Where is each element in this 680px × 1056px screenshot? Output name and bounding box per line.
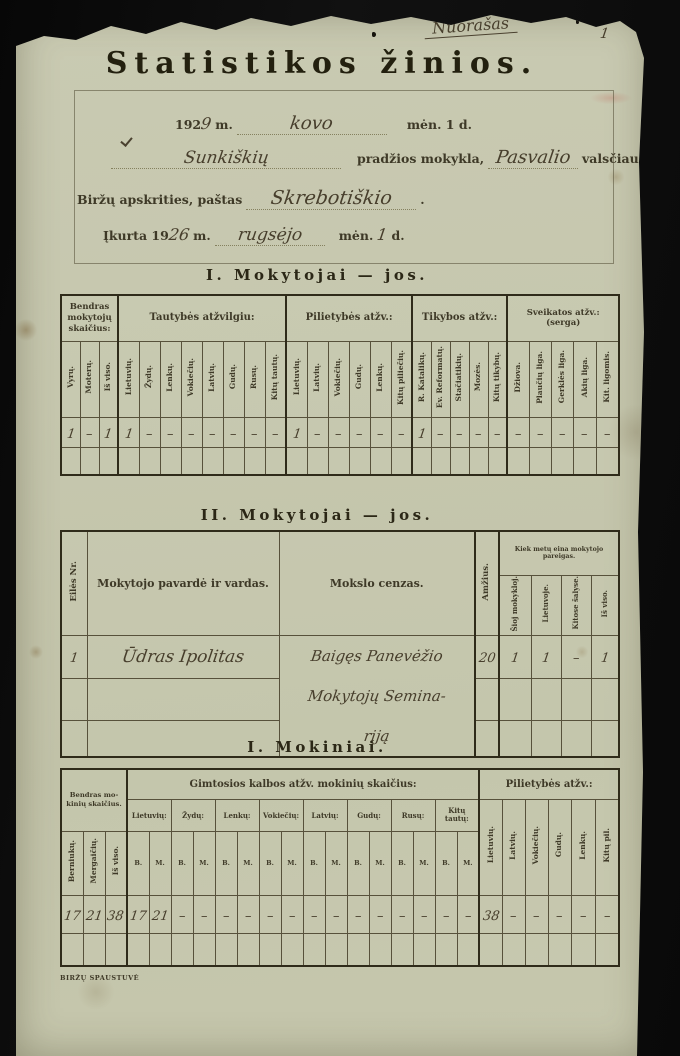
census-line: Baigęs Panevėžio xyxy=(308,636,445,676)
value: – xyxy=(271,427,280,442)
data-row: 17 21 38 17 21 – – – – – – – – – – – – xyxy=(61,895,619,933)
teacher-name: Ūdras Ipolitas xyxy=(121,647,246,667)
empty-cell xyxy=(391,447,412,475)
col-header-label: R. Katalikų. xyxy=(418,352,426,402)
col-header: Džiova. xyxy=(507,341,529,417)
empty-cell xyxy=(118,447,139,475)
col-header-label: Vyrų. xyxy=(67,366,75,388)
data-cell: – xyxy=(457,895,479,933)
col-header-label: Kitų tautų. xyxy=(271,354,279,400)
group-header: Pilietybės atžv.: xyxy=(286,295,412,341)
group-header: Kiek metų eina mokytojo pareigas. xyxy=(499,531,619,575)
col-header-label: Berniukų. xyxy=(68,840,76,882)
col-header: Žydų: xyxy=(171,799,215,831)
empty-cell xyxy=(561,678,591,721)
data-cell: – xyxy=(139,417,160,447)
data-cell: – xyxy=(488,417,507,447)
empty-cell xyxy=(286,447,307,475)
data-cell: – xyxy=(193,895,215,933)
m-label: m. xyxy=(215,117,233,132)
data-cell: 38 xyxy=(105,895,127,933)
col-header: Iš viso. xyxy=(591,575,619,636)
col-header-label: Amžius. xyxy=(482,563,491,601)
col-header: M. xyxy=(413,831,435,895)
column-header-row: Vyrų. Moterų. Iš viso. Lietuvių. Žydų. L… xyxy=(61,341,619,417)
empty-cell xyxy=(479,933,502,966)
value: – xyxy=(355,427,364,442)
col-header-label: Moterų. xyxy=(85,360,93,394)
data-cell: 1 xyxy=(286,417,307,447)
empty-cell xyxy=(223,447,244,475)
data-cell: – xyxy=(328,417,349,447)
col-header-label: Latvių. xyxy=(208,363,216,392)
district-line: Biržų apskrities, paštas Skrebotiškio . xyxy=(77,187,425,210)
value: – xyxy=(200,909,209,924)
col-header: M. xyxy=(193,831,215,895)
group-header: Sveikatos atžv.: (serga) xyxy=(507,295,619,341)
empty-cell xyxy=(369,933,391,966)
col-header: Lenkų. xyxy=(370,341,391,417)
paper-sheet: Nuorašas 1 Statistikos žinios. 1929 m. k… xyxy=(16,12,648,1056)
empty-cell xyxy=(244,447,265,475)
day-label: mėn. 1 d. xyxy=(407,117,472,132)
col-header: B. xyxy=(435,831,457,895)
data-cell: 1 xyxy=(61,636,87,679)
teachers-summary-table: Bendras mokytojų skaičius: Tautybės atžv… xyxy=(60,294,620,476)
col-header: Rusų. xyxy=(244,341,265,417)
census-line: Mokytojų Semina- xyxy=(305,676,449,716)
data-cell: 1 xyxy=(99,417,118,447)
data-cell: – xyxy=(413,895,435,933)
empty-cell xyxy=(202,447,223,475)
col-header: Lenkų: xyxy=(215,799,259,831)
data-cell: – xyxy=(265,417,286,447)
data-cell: – xyxy=(325,895,347,933)
col-header-label: Žydų. xyxy=(145,365,153,388)
col-header-label: Kitose šalyse. xyxy=(572,576,580,630)
col-header: Latvių. xyxy=(502,799,525,895)
col-header: Vokiečių: xyxy=(259,799,303,831)
document-title: Statistikos žinios. xyxy=(16,46,628,81)
col-header: B. xyxy=(303,831,325,895)
empty-cell xyxy=(507,447,529,475)
founded-label: Įkurta 19 xyxy=(103,228,169,243)
data-cell: 1 xyxy=(591,636,619,679)
col-header: B. xyxy=(391,831,413,895)
empty-cell xyxy=(181,447,202,475)
month-handwritten: kovo xyxy=(289,113,335,134)
data-cell: – xyxy=(450,417,469,447)
data-cell: – xyxy=(529,417,551,447)
value: – xyxy=(222,909,231,924)
data-cell: 38 xyxy=(479,895,502,933)
empty-cell xyxy=(370,447,391,475)
header-row: Eilės Nr. Mokytojo pavardė ir vardas. Mo… xyxy=(61,531,619,575)
data-cell: 1 xyxy=(412,417,431,447)
col-header-label: Latvių. xyxy=(313,363,321,392)
value: – xyxy=(187,427,196,442)
col-header: Mokslo cenzas. xyxy=(279,531,475,636)
col-header: Latvių. xyxy=(307,341,328,417)
col-header: Lietuvių. xyxy=(286,341,307,417)
data-cell: 1 xyxy=(61,417,80,447)
data-cell: 1 xyxy=(531,636,561,679)
data-cell: – xyxy=(259,895,281,933)
value: – xyxy=(354,909,363,924)
founded-day-handwritten: 1 xyxy=(376,225,389,244)
col-header: Vokiečių. xyxy=(181,341,202,417)
value: 1 xyxy=(103,427,113,442)
value: 1 xyxy=(69,651,79,666)
col-header: Amžius. xyxy=(475,531,499,636)
year-printed: 192 xyxy=(175,117,201,132)
col-header: B. xyxy=(127,831,149,895)
data-cell: 17 xyxy=(61,895,83,933)
data-cell: – xyxy=(307,417,328,447)
data-cell: – xyxy=(80,417,99,447)
empty-cell xyxy=(457,933,479,966)
empty-cell xyxy=(303,933,325,966)
col-header: Gudų. xyxy=(349,341,370,417)
empty-cell xyxy=(469,447,488,475)
data-cell: 1 xyxy=(118,417,139,447)
col-header: M. xyxy=(149,831,171,895)
group-header: Gimtosios kalbos atžv. mokinių skaičius: xyxy=(127,769,479,799)
empty-cell xyxy=(595,933,619,966)
empty-cell xyxy=(87,678,279,721)
data-cell: – xyxy=(237,895,259,933)
value: – xyxy=(455,427,464,442)
value: – xyxy=(442,909,451,924)
empty-cell xyxy=(450,447,469,475)
empty-cell xyxy=(502,933,525,966)
pen-checkmark xyxy=(120,134,132,147)
empty-cell xyxy=(531,678,561,721)
volost-handwritten: Pasvalio xyxy=(494,147,571,168)
col-header: Kitų tikybų. xyxy=(488,341,507,417)
col-header-label: Gudų. xyxy=(555,832,563,857)
col-header: M. xyxy=(457,831,479,895)
col-header: Iš viso. xyxy=(105,831,127,895)
col-header: Vokiečių. xyxy=(525,799,548,895)
data-cell: – xyxy=(391,417,412,447)
volost-label: valsčiaus, xyxy=(582,151,650,166)
empty-cell xyxy=(413,933,435,966)
col-header: Latvių. xyxy=(202,341,223,417)
value: – xyxy=(579,909,588,924)
empty-cell xyxy=(431,447,450,475)
col-header: M. xyxy=(325,831,347,895)
empty-cell xyxy=(307,447,328,475)
empty-cell xyxy=(412,447,431,475)
col-header: Iš viso. xyxy=(99,341,118,417)
value: – xyxy=(288,909,297,924)
founded-month-handwritten: rugsėjo xyxy=(236,225,303,245)
empty-cell xyxy=(488,447,507,475)
value: – xyxy=(332,909,341,924)
data-cell: – xyxy=(391,895,413,933)
school-type-label: pradžios mokykla, xyxy=(357,151,484,166)
data-cell: – xyxy=(551,417,573,447)
value: – xyxy=(397,427,406,442)
empty-cell xyxy=(237,933,259,966)
data-cell: – xyxy=(281,895,303,933)
empty-cell xyxy=(193,933,215,966)
year-handwritten: 9 xyxy=(200,114,213,133)
empty-cell xyxy=(573,447,596,475)
col-header-label: Kitų piliečių. xyxy=(397,350,405,405)
school-name-handwritten: Sunkiškių xyxy=(182,148,270,168)
data-cell: – xyxy=(595,895,619,933)
handwritten-page-number: 1 xyxy=(599,26,610,42)
founded-m-label: m. xyxy=(193,228,211,243)
value: – xyxy=(464,909,473,924)
value: 38 xyxy=(106,909,125,924)
col-header-label: Vokiečių. xyxy=(187,358,195,396)
empty-cell xyxy=(349,447,370,475)
empty-cell xyxy=(171,933,193,966)
col-header-label: Mergaičių. xyxy=(90,838,98,883)
empty-cell xyxy=(328,447,349,475)
empty-cell xyxy=(99,447,118,475)
value: – xyxy=(376,427,385,442)
empty-cell xyxy=(499,678,531,721)
col-header: B. xyxy=(171,831,193,895)
empty-cell xyxy=(525,933,548,966)
col-header: Lenkų. xyxy=(571,799,595,895)
value: 1 xyxy=(292,427,302,442)
group-header-row: Bendras mo­kinių skaičius. Gimtosios kal… xyxy=(61,769,619,799)
value: – xyxy=(603,909,612,924)
data-cell: – xyxy=(171,895,193,933)
empty-cell xyxy=(61,447,80,475)
value: – xyxy=(420,909,429,924)
empty-cell xyxy=(61,678,87,721)
col-header-label: Stačiatikių. xyxy=(455,353,463,401)
col-header-label: Iš viso. xyxy=(104,362,112,391)
col-header: Kitų pil. xyxy=(595,799,619,895)
value: 20 xyxy=(478,651,497,666)
value: – xyxy=(493,427,502,442)
col-header: B. xyxy=(347,831,369,895)
value: – xyxy=(334,427,343,442)
empty-cell xyxy=(548,933,571,966)
col-header: Akių liga. xyxy=(573,341,596,417)
empty-cell xyxy=(529,447,551,475)
data-cell: – xyxy=(369,895,391,933)
header-box: 1929 m. kovo mėn. 1 d. Sunkiškių pradžio… xyxy=(74,90,614,264)
data-cell: – xyxy=(202,417,223,447)
empty-cell xyxy=(139,447,160,475)
col-header: Lenkų. xyxy=(160,341,181,417)
value: – xyxy=(509,909,518,924)
empty-row xyxy=(61,933,619,966)
data-cell: – xyxy=(573,417,596,447)
col-header-label: Lietu­voje. xyxy=(542,584,550,623)
empty-cell xyxy=(83,933,105,966)
empty-cell xyxy=(127,933,149,966)
col-header-label: Kit. ligomis. xyxy=(603,351,611,403)
col-header: M. xyxy=(369,831,391,895)
value: – xyxy=(313,427,322,442)
post-handwritten: Skrebotiškio xyxy=(269,187,393,209)
group-header: Bendras mo­kinių skaičius. xyxy=(61,769,127,831)
col-header: M. xyxy=(281,831,303,895)
empty-cell xyxy=(596,447,619,475)
value: 1 xyxy=(417,427,427,442)
value: – xyxy=(532,909,541,924)
col-header: M. xyxy=(237,831,259,895)
data-cell: – xyxy=(349,417,370,447)
empty-cell xyxy=(215,933,237,966)
col-header: R. Katalikų. xyxy=(412,341,431,417)
data-cell: – xyxy=(507,417,529,447)
col-header-label: Iš viso. xyxy=(601,590,609,617)
value: – xyxy=(536,427,545,442)
col-header: Rusų: xyxy=(391,799,435,831)
col-header: Vyrų. xyxy=(61,341,80,417)
col-header: B. xyxy=(215,831,237,895)
data-cell: – xyxy=(370,417,391,447)
value: – xyxy=(398,909,407,924)
col-header-label: Lenkų. xyxy=(579,831,587,860)
col-header-label: Akių liga. xyxy=(581,357,589,397)
col-header: Kitų piliečių. xyxy=(391,341,412,417)
data-cell: 17 xyxy=(127,895,149,933)
founded-line: Įkurta 1926 m. rugsėjo mėn. 1 d. xyxy=(103,225,405,246)
col-header: Latvių: xyxy=(303,799,347,831)
col-header-label: Gudų. xyxy=(229,364,237,389)
col-header: Stačiatikių. xyxy=(450,341,469,417)
data-cell: – xyxy=(303,895,325,933)
data-cell: – xyxy=(347,895,369,933)
col-header-label: Lenkų. xyxy=(376,363,384,392)
value: – xyxy=(85,427,94,442)
value: 1 xyxy=(600,651,610,666)
empty-cell xyxy=(325,933,347,966)
empty-cell xyxy=(571,933,595,966)
value: – xyxy=(244,909,253,924)
col-header-label: Šioj mo­kykloj. xyxy=(511,576,519,632)
section3-title: I. Mokiniai. xyxy=(16,738,618,756)
data-cell: 1 xyxy=(499,636,531,679)
col-header-label: Džiova. xyxy=(514,362,522,392)
data-cell: Ūdras Ipolitas xyxy=(87,636,279,679)
col-header: Kitų tautų. xyxy=(265,341,286,417)
col-header: Kitų tautų: xyxy=(435,799,479,831)
col-header: Eilės Nr. xyxy=(61,531,87,636)
col-header: Gudų. xyxy=(548,799,571,895)
value: 17 xyxy=(129,909,148,924)
empty-cell xyxy=(475,678,499,721)
col-header: Plaučių liga. xyxy=(529,341,551,417)
col-header-label: Ev. Reformatų. xyxy=(436,346,444,408)
value: – xyxy=(558,427,567,442)
col-header: Kit. ligomis. xyxy=(596,341,619,417)
data-cell: – xyxy=(571,895,595,933)
col-header-label: Eilės Nr. xyxy=(70,561,79,602)
data-cell: – xyxy=(561,636,591,679)
data-cell: – xyxy=(435,895,457,933)
data-cell: – xyxy=(596,417,619,447)
value: – xyxy=(229,427,238,442)
group-header: Pilietybės atžv.: xyxy=(479,769,619,799)
value: 21 xyxy=(151,909,170,924)
col-header-label: Gudų. xyxy=(355,364,363,389)
empty-cell xyxy=(265,447,286,475)
empty-cell xyxy=(149,933,171,966)
col-header-label: Lenkų. xyxy=(166,363,174,392)
value: – xyxy=(166,427,175,442)
value: – xyxy=(178,909,187,924)
col-header-label: Kitų pil. xyxy=(603,828,611,862)
paper-speck xyxy=(184,12,191,22)
group-header: Bendras mokytojų skaičius: xyxy=(61,295,118,341)
value: – xyxy=(266,909,275,924)
col-header-label: Vokiečių. xyxy=(532,826,540,864)
col-header: Mokytojo pavardė ir vardas. xyxy=(87,531,279,636)
empty-cell xyxy=(61,933,83,966)
empty-row xyxy=(61,447,619,475)
value: – xyxy=(580,427,589,442)
founded-year-handwritten: 26 xyxy=(167,225,190,244)
data-cell: – xyxy=(181,417,202,447)
scanned-document-page: Nuorašas 1 Statistikos žinios. 1929 m. k… xyxy=(0,0,680,1056)
data-cell: – xyxy=(244,417,265,447)
value: – xyxy=(250,427,259,442)
founded-d-label: d. xyxy=(391,228,404,243)
col-header-label: Gerklės liga. xyxy=(558,350,566,403)
value: 1 xyxy=(510,651,520,666)
data-cell: – xyxy=(431,417,450,447)
empty-cell xyxy=(259,933,281,966)
data-row: 1 – 1 1 – – – – – – – 1 – – – – – xyxy=(61,417,619,447)
col-header-label: Rusų. xyxy=(250,365,258,389)
col-header: Lietuvių. xyxy=(118,341,139,417)
group-header-row: Bendras mokytojų skaičius: Tautybės atžv… xyxy=(61,295,619,341)
founded-men-label: mėn. xyxy=(339,228,374,243)
col-header-label: Lietuvių. xyxy=(125,358,133,395)
value: – xyxy=(145,427,154,442)
value: 1 xyxy=(541,651,551,666)
col-header-label: Plaučių liga. xyxy=(536,351,544,404)
data-cell: – xyxy=(223,417,244,447)
col-header: Kitose šalyse. xyxy=(561,575,591,636)
col-header: Gudų: xyxy=(347,799,391,831)
col-header-label: Lietuvių. xyxy=(293,358,301,395)
group-header: Tautybės atžvilgiu: xyxy=(118,295,286,341)
value: 1 xyxy=(124,427,134,442)
data-cell: – xyxy=(469,417,488,447)
data-cell: – xyxy=(160,417,181,447)
col-header-label: Lietuvių. xyxy=(487,826,495,863)
col-header: Mozės. xyxy=(469,341,488,417)
col-header: Gudų. xyxy=(223,341,244,417)
col-header: Moterų. xyxy=(80,341,99,417)
handwritten-copy-note: Nuorašas xyxy=(423,13,517,39)
data-cell: – xyxy=(525,895,548,933)
col-header: Lietuvių. xyxy=(479,799,502,895)
col-header: Lietu­voje. xyxy=(531,575,561,636)
col-header-label: Vokiečių. xyxy=(334,358,342,396)
value: 21 xyxy=(85,909,104,924)
empty-cell xyxy=(347,933,369,966)
group-header: Tikybos atžv.: xyxy=(412,295,507,341)
col-header: Lietuvių: xyxy=(127,799,171,831)
language-header-row: Lietuvių: Žydų: Lenkų: Vokiečių: Latvių:… xyxy=(61,799,619,831)
value: – xyxy=(436,427,445,442)
data-cell: 21 xyxy=(149,895,171,933)
